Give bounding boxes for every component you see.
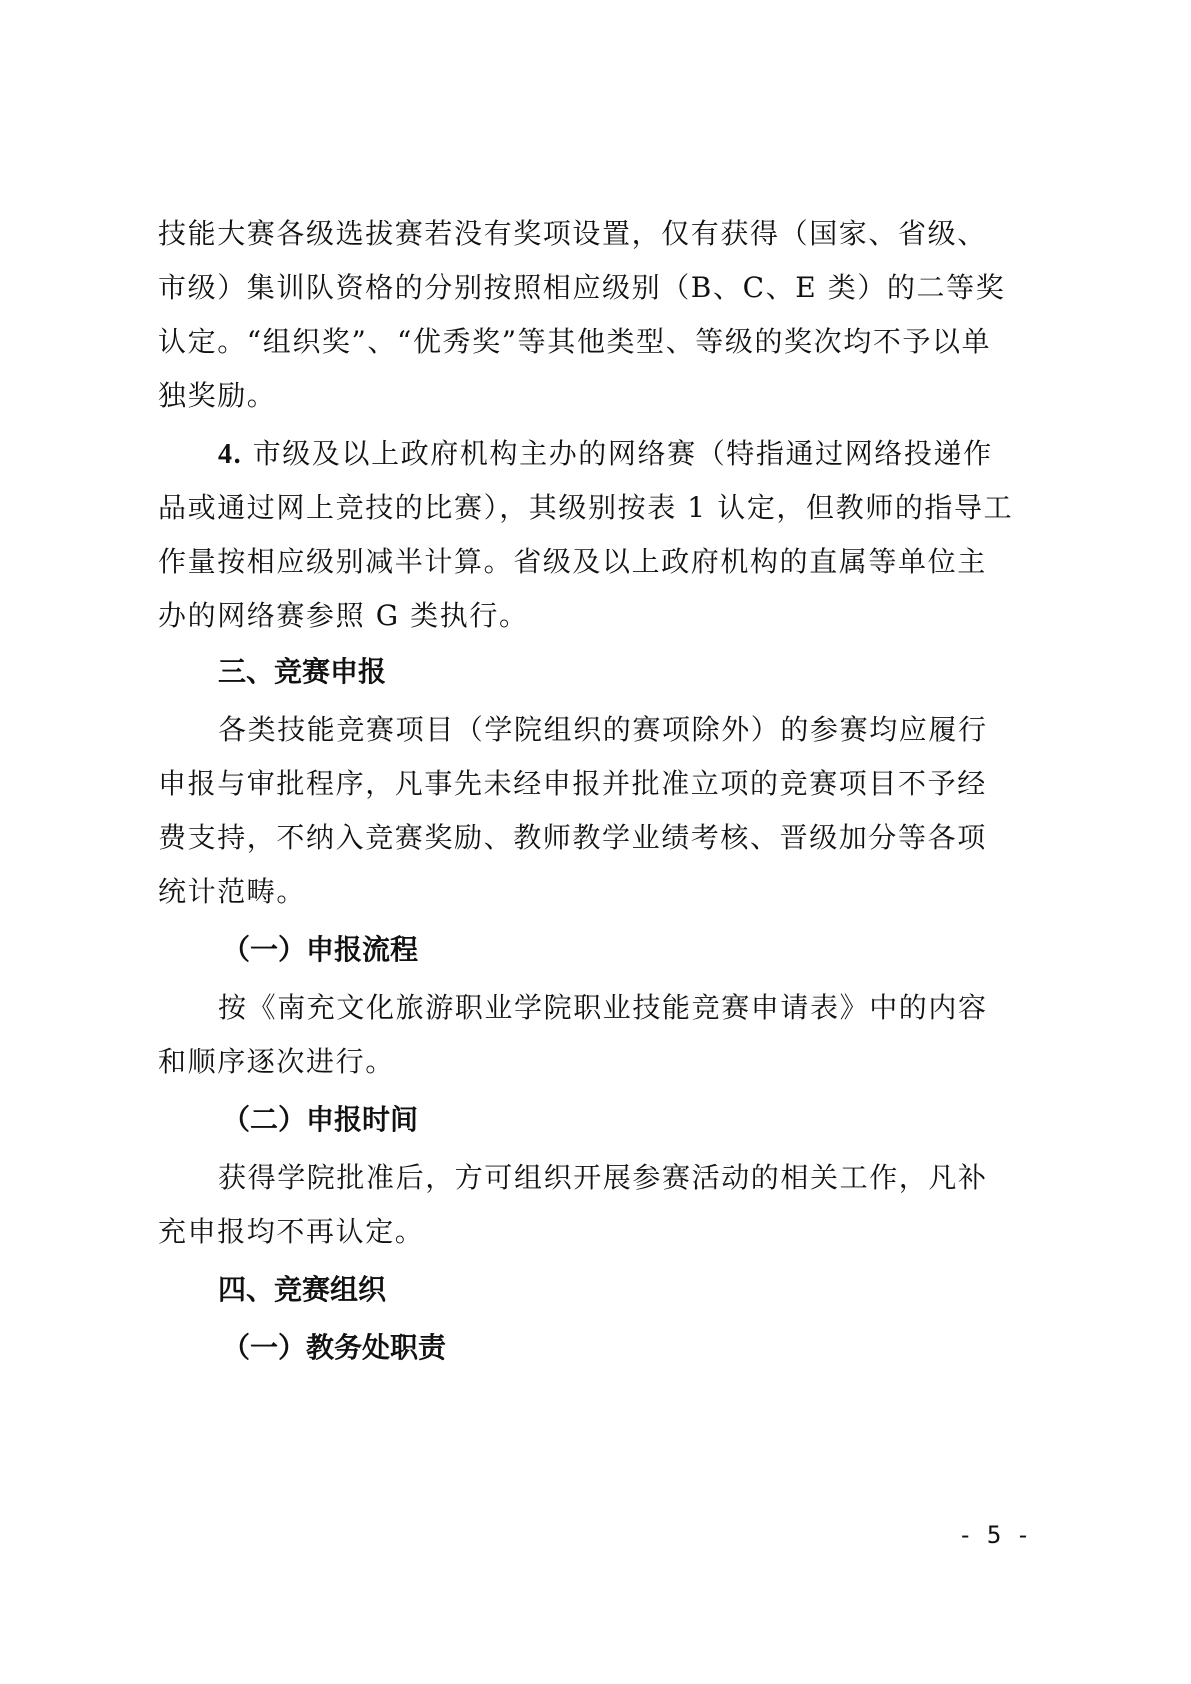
item4-first-line: 4. 市级及以上政府机构主办的网络赛（特指通过网络投递作 [218,434,1044,475]
paragraph-line: 按《南充文化旅游职业学院职业技能竞赛申请表》中的内容 [218,988,1044,1028]
paragraph-line: 技能大赛各级选拔赛若没有奖项设置，仅有获得（国家、省级、 [158,214,1044,254]
paragraph-line: 费支持，不纳入竞赛奖励、教师教学业绩考核、晋级加分等各项 [158,818,1044,858]
paragraph-line: 充申报均不再认定。 [158,1212,1044,1252]
paragraph-line: 申报与审批程序，凡事先未经申报并批准立项的竞赛项目不予经 [158,764,1044,804]
paragraph-line: 各类技能竞赛项目（学院组织的赛项除外）的参赛均应履行 [218,710,1044,750]
subsection-heading: （一）申报流程 [222,930,1048,970]
paragraph-line: 作量按相应级别减半计算。省级及以上政府机构的直属等单位主 [158,542,1044,582]
page-number: - 5 - [958,1521,1030,1549]
document-page: 技能大赛各级选拔赛若没有奖项设置，仅有获得（国家、省级、 市级）集训队资格的分别… [0,0,1191,1684]
item-text: 市级及以上政府机构主办的网络赛（特指通过网络投递作 [242,437,993,470]
paragraph-line: 品或通过网上竞技的比赛），其级别按表 1 认定，但教师的指导工 [158,488,1044,528]
subsection-heading: （一）教务处职责 [222,1328,1048,1368]
paragraph-line: 独奖励。 [158,376,1044,416]
section-heading: 三、竞赛申报 [218,652,1044,692]
paragraph-line: 市级）集训队资格的分别按照相应级别（B、C、E 类）的二等奖 [158,268,1044,308]
paragraph-line: 和顺序逐次进行。 [158,1042,1044,1082]
section-heading: 四、竞赛组织 [218,1270,1044,1310]
subsection-heading: （二）申报时间 [222,1100,1048,1140]
paragraph-line: 认定。“组织奖”、“优秀奖”等其他类型、等级的奖次均不予以单 [158,322,1044,362]
item-number: 4. [218,439,242,470]
paragraph-line: 获得学院批准后，方可组织开展参赛活动的相关工作，凡补 [218,1158,1044,1198]
paragraph-line: 统计范畴。 [158,872,1044,912]
paragraph-line: 办的网络赛参照 G 类执行。 [158,596,1044,636]
